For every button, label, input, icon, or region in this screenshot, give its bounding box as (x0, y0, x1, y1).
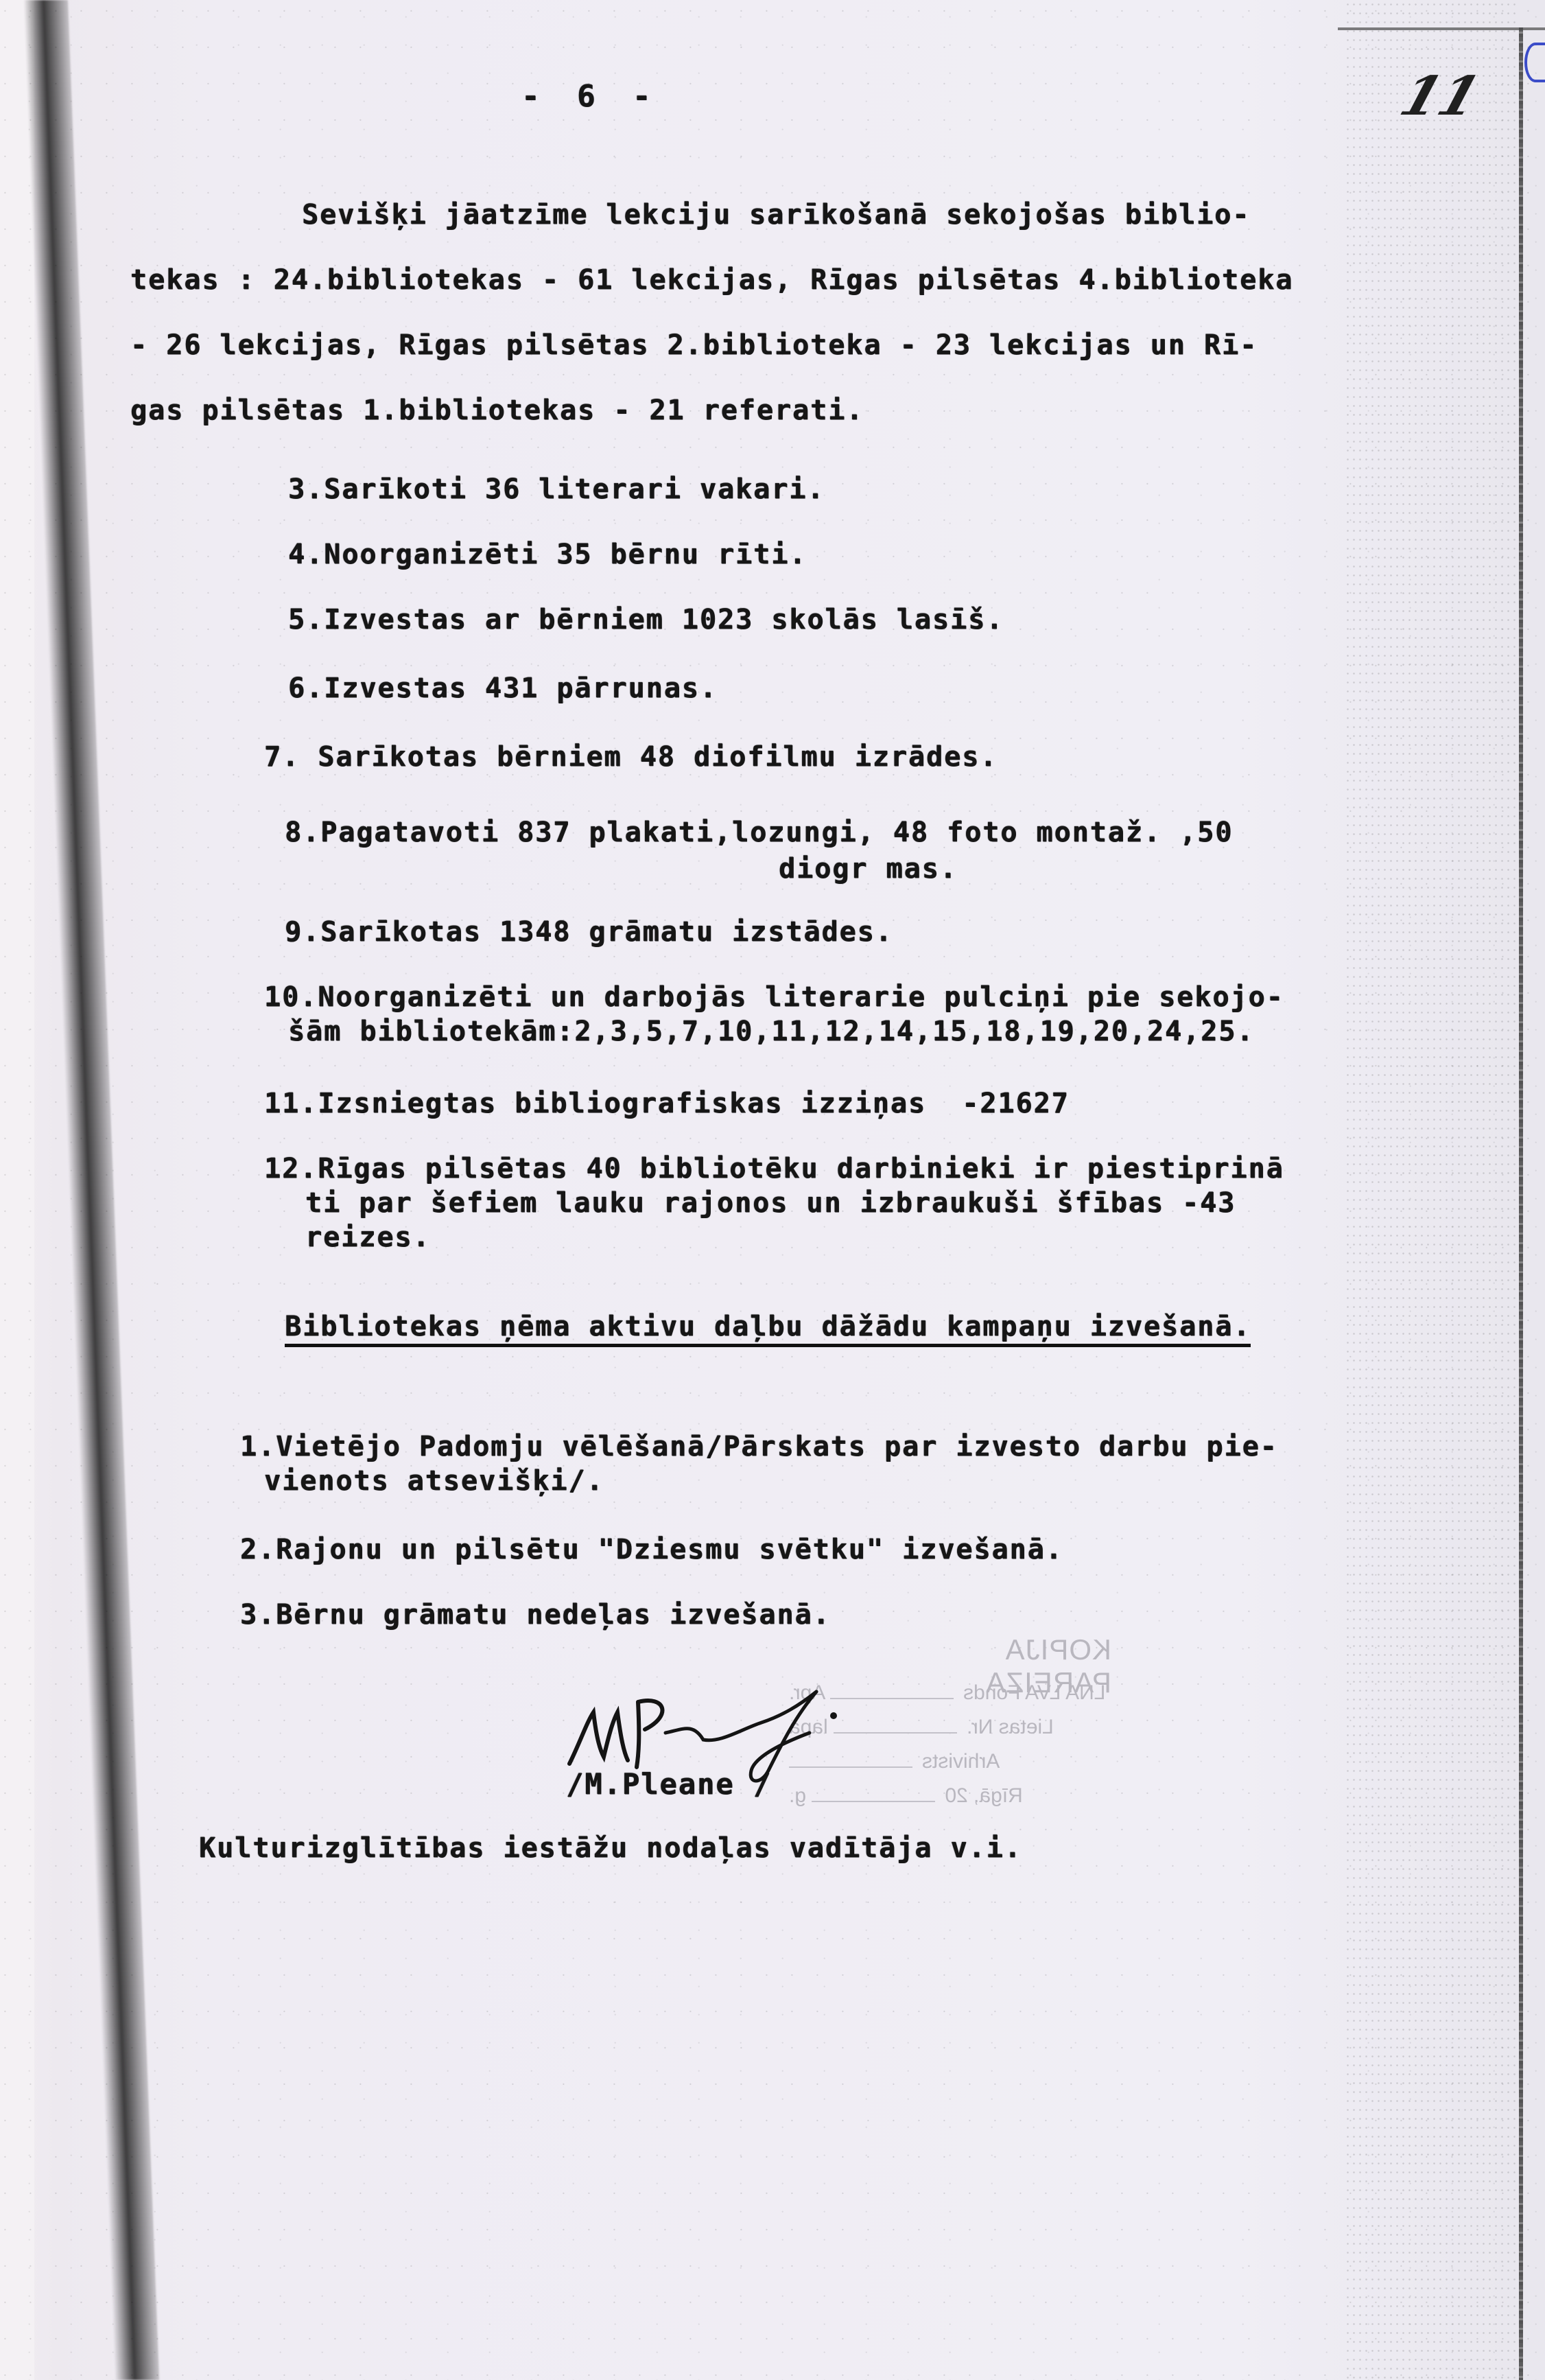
page-marker: - 6 - (521, 79, 660, 114)
list-item-10: 10.Noorganizēti un darbojās literarie pu… (264, 981, 1284, 1013)
list-item-12-cont: reizes. (305, 1222, 431, 1253)
stamp-suffix: g. (789, 1784, 806, 1807)
list-item-10-cont: šām bibliotekām:2,3,5,7,10,11,12,14,15,1… (288, 1016, 1254, 1047)
stamp-label: Lietas Nr. (967, 1716, 1054, 1738)
page-top-edge (1338, 27, 1545, 30)
signer-title: Kulturizglītības iestāžu nodaļas vadītāj… (199, 1832, 1022, 1864)
list-item-12: 12.Rīgas pilsētas 40 bibliotēku darbinie… (264, 1153, 1284, 1185)
intro-line: - 26 lekcijas, Rīgas pilsētas 2.bibliote… (130, 329, 1258, 361)
section-heading: Bibliotekas ņēma aktivu daļbu dāžādu kam… (285, 1311, 1251, 1347)
campaign-item-2: 2.Rajonu un pilsētu "Dziesmu svētku" izv… (240, 1534, 1063, 1565)
page-right-edge (1519, 27, 1523, 2380)
stamp-label: LNA LVA Fonds (963, 1681, 1105, 1704)
list-item-11: 11.Izsniegtas bibliografiskas izziņas -2… (264, 1088, 1070, 1119)
list-item-7: 7. Sarīkotas bērniem 48 diofilmu izrādes… (264, 741, 998, 773)
list-item-4: 4.Noorganizēti 35 bērnu rīti. (288, 539, 807, 570)
blue-pen-mark-icon (1524, 43, 1545, 82)
scan-margin (0, 0, 34, 2380)
campaign-item-1: 1.Vietējo Padomju vēlēšanā/Pārskats par … (240, 1431, 1278, 1462)
campaign-item-3: 3.Bērnu grāmatu nedeļas izvešanā. (240, 1599, 831, 1631)
stamp-row: Rīgā, 20 g. (789, 1784, 1023, 1808)
campaign-item-1-cont: vienots atsevišķi/. (264, 1465, 604, 1497)
signer-name: /M.Pleane / (566, 1767, 772, 1801)
intro-line: Sevišķi jāatzīme lekciju sarīkošanā seko… (302, 199, 1250, 231)
list-item-9: 9.Sarīkotas 1348 grāmatu izstādes. (285, 916, 893, 948)
copy-noise (1345, 0, 1516, 2380)
list-item-5: 5.Izvestas ar bērniem 1023 skolās lasīš. (288, 604, 1004, 635)
scanned-page: - 6 - 11 Sevišķi jāatzīme lekciju sarīko… (0, 0, 1545, 2380)
stamp-label: Arhivists (922, 1750, 1000, 1773)
list-item-8-cont: diogr mas. (779, 853, 958, 885)
list-item-8: 8.Pagatavoti 837 plakati,lozungi, 48 fot… (285, 817, 1233, 848)
list-item-6: 6.Izvestas 431 pārrunas. (288, 673, 718, 704)
list-item-3: 3.Sarīkoti 36 literari vakari. (288, 474, 825, 505)
intro-line: tekas : 24.bibliotekas - 61 lekcijas, Rī… (130, 264, 1293, 296)
list-item-12-cont: ti par šefiem lauku rajonos un izbraukuš… (305, 1187, 1236, 1219)
stamp-label: Rīgā, 20 (945, 1784, 1022, 1807)
intro-line: gas pilsētas 1.bibliotekas - 21 referati… (130, 395, 864, 426)
